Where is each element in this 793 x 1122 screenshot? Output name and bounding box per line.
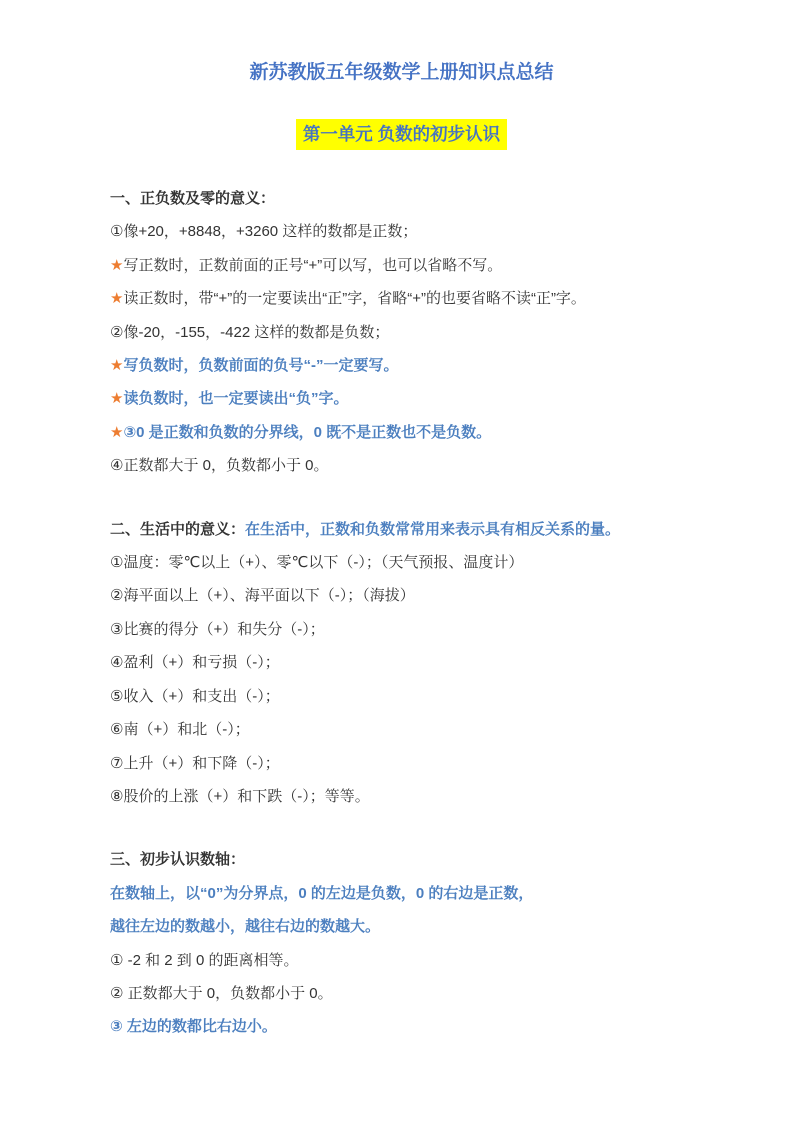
line-text: 越往左边的数越小，越往右边的数越大。 [110,918,380,935]
line-text: 写负数时，负数前面的负号“-”一定要写。 [123,357,398,374]
line-text: ④正数都大于 0，负数都小于 0。 [110,457,328,474]
section-heading-text: 一、正负数及零的意义： [110,190,275,207]
text-line: ②像-20，-155，-422 这样的数都是负数； [110,316,693,349]
line-text: ④盈利（+）和亏损（-）； [110,654,280,671]
line-text: ⑥南（+）和北（-）； [110,721,250,738]
text-line: ②海平面以上（+）、海平面以下（-）；（海拔） [110,579,693,612]
text-line: ④正数都大于 0，负数都小于 0。 [110,449,693,482]
line-text: ⑧股价的上涨（+）和下跌（-）；等等。 [110,788,370,805]
section-heading-text: 二、生活中的意义： [110,521,245,538]
text-line: ①温度：零℃以上（+）、零℃以下（-）；（天气预报、温度计） [110,546,693,579]
line-text: ② 正数都大于 0，负数都小于 0。 [110,985,333,1002]
document-page: 新苏教版五年级数学上册知识点总结 第一单元 负数的初步认识 一、正负数及零的意义… [0,0,793,1122]
line-text: 读正数时，带“+”的一定要读出“正”字，省略“+”的也要省略不读“正”字。 [123,290,585,307]
line-text: ⑤收入（+）和支出（-）； [110,688,280,705]
line-text: ③比赛的得分（+）和失分（-）； [110,621,325,638]
line-text: ①温度：零℃以上（+）、零℃以下（-）；（天气预报、温度计） [110,554,523,571]
star-icon: ★ [110,390,123,407]
text-line: ①像+20，+8848，+3260 这样的数都是正数； [110,215,693,248]
text-line: ④盈利（+）和亏损（-）； [110,646,693,679]
text-line: ③比赛的得分（+）和失分（-）； [110,613,693,646]
text-line: ② 正数都大于 0，负数都小于 0。 [110,977,693,1010]
line-text: ⑦上升（+）和下降（-）； [110,755,280,772]
line-text: ②海平面以上（+）、海平面以下（-）；（海拔） [110,587,415,604]
line-text: ① -2 和 2 到 0 的距离相等。 [110,952,298,969]
section-heading: 二、生活中的意义：在生活中，正数和负数常常用来表示具有相反关系的量。 [110,513,693,546]
text-line: ★读负数时，也一定要读出“负”字。 [110,382,693,415]
line-text: 读负数时，也一定要读出“负”字。 [123,390,348,407]
section-heading-note: 在生活中，正数和负数常常用来表示具有相反关系的量。 [245,521,620,538]
text-line: ⑧股价的上涨（+）和下跌（-）；等等。 [110,780,693,813]
section-3: 三、初步认识数轴：在数轴上，以“0”为分界点，0 的左边是负数，0 的右边是正数… [110,843,693,1043]
section-1: 一、正负数及零的意义：①像+20，+8848，+3260 这样的数都是正数；★写… [110,182,693,483]
unit-heading-row: 第一单元 负数的初步认识 [110,119,693,152]
text-line: ⑥南（+）和北（-）； [110,713,693,746]
text-line: 越往左边的数越小，越往右边的数越大。 [110,910,693,943]
text-line: ★写负数时，负数前面的负号“-”一定要写。 [110,349,693,382]
document-sections: 一、正负数及零的意义：①像+20，+8848，+3260 这样的数都是正数；★写… [110,182,693,1044]
star-icon: ★ [110,257,123,274]
star-icon: ★ [110,290,123,307]
text-line: ⑦上升（+）和下降（-）； [110,747,693,780]
line-text: 在数轴上，以“0”为分界点，0 的左边是负数，0 的右边是正数， [110,885,533,902]
section-heading-text: 三、初步认识数轴： [110,851,245,868]
text-line: ① -2 和 2 到 0 的距离相等。 [110,944,693,977]
text-line: ⑤收入（+）和支出（-）； [110,680,693,713]
line-text: 写正数时，正数前面的正号“+”可以写，也可以省略不写。 [123,257,502,274]
unit-heading-highlighted: 第一单元 负数的初步认识 [296,119,507,150]
line-text: ①像+20，+8848，+3260 这样的数都是正数； [110,223,417,240]
line-text: ②像-20，-155，-422 这样的数都是负数； [110,324,389,341]
line-text: ③0 是正数和负数的分界线，0 既不是正数也不是负数。 [123,424,491,441]
section-heading: 一、正负数及零的意义： [110,182,693,215]
section-2: 二、生活中的意义：在生活中，正数和负数常常用来表示具有相反关系的量。①温度：零℃… [110,513,693,814]
star-icon: ★ [110,357,123,374]
document-title: 新苏教版五年级数学上册知识点总结 [110,56,693,89]
star-icon: ★ [110,424,123,441]
text-line: ★写正数时，正数前面的正号“+”可以写，也可以省略不写。 [110,249,693,282]
text-line: ③ 左边的数都比右边小。 [110,1010,693,1043]
line-text: ③ 左边的数都比右边小。 [110,1018,277,1035]
text-line: ★读正数时，带“+”的一定要读出“正”字，省略“+”的也要省略不读“正”字。 [110,282,693,315]
text-line: 在数轴上，以“0”为分界点，0 的左边是负数，0 的右边是正数， [110,877,693,910]
section-heading: 三、初步认识数轴： [110,843,693,876]
text-line: ★③0 是正数和负数的分界线，0 既不是正数也不是负数。 [110,416,693,449]
